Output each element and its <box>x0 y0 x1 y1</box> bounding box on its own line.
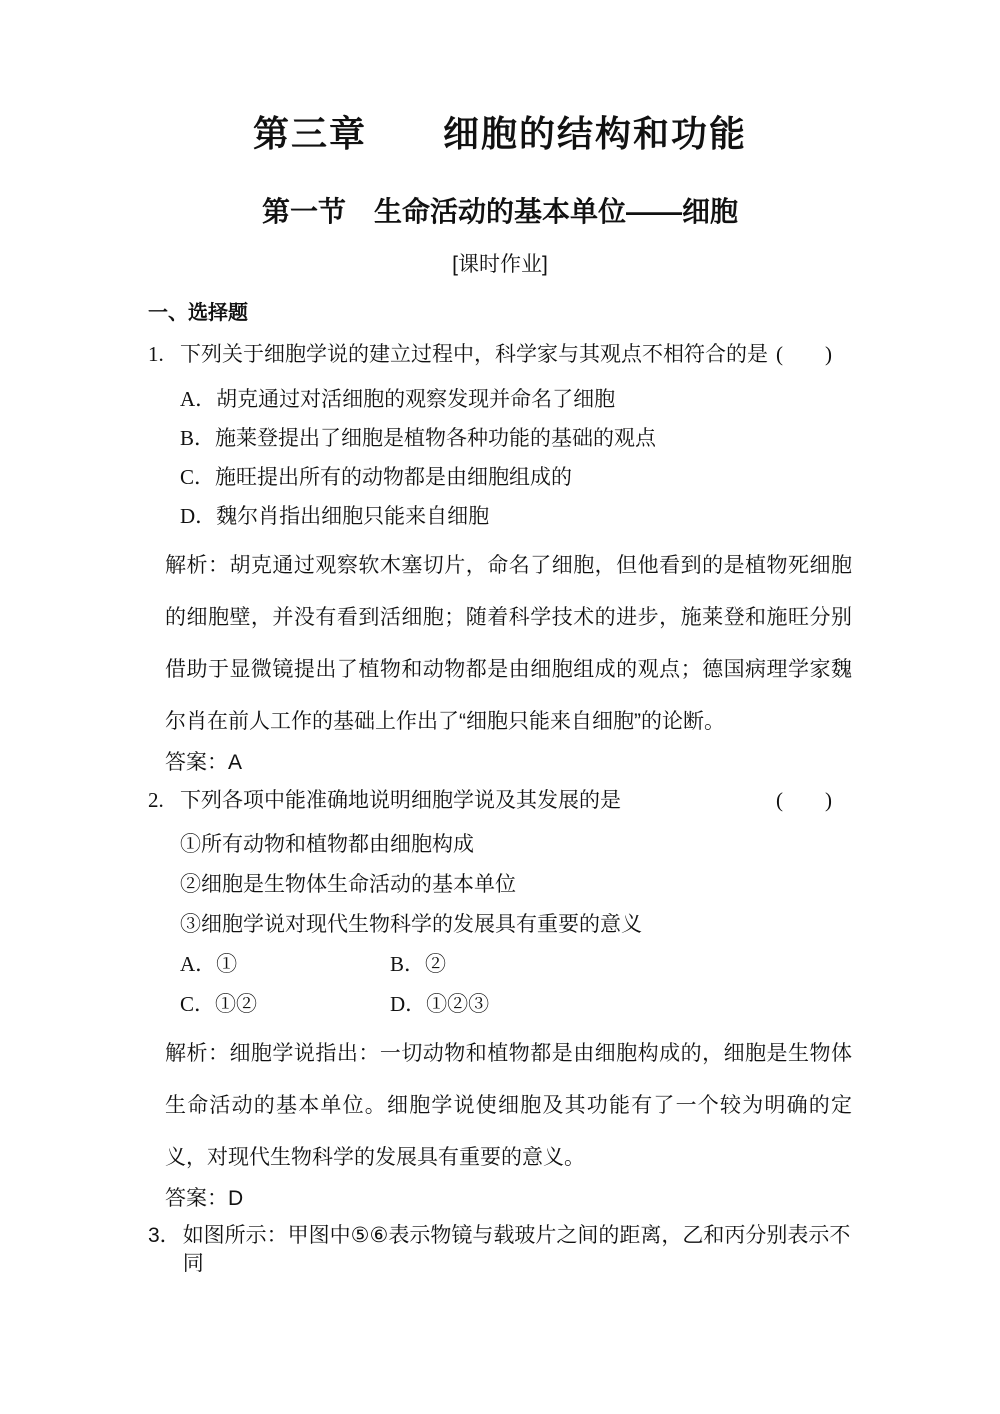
question-2: 2. 下列各项中能准确地说明细胞学说及其发展的是 ( ) ①所有动物和植物都由细… <box>148 786 852 1214</box>
question-2-option-c: C．①② <box>180 984 390 1024</box>
question-1-stem-line: 1. 下列关于细胞学说的建立过程中，科学家与其观点不相符合的是 ( ) <box>148 340 852 368</box>
question-2-option-a: A．① <box>180 944 390 984</box>
question-2-statement-1: ①所有动物和植物都由细胞构成 <box>180 824 852 864</box>
question-3-stem-line: 3． 如图所示：甲图中⑤⑥表示物镜与载玻片之间的距离，乙和丙分别表示不同 <box>148 1222 852 1278</box>
question-1-number: 1. <box>148 340 180 368</box>
question-2-analysis: 解析：细胞学说指出：一切动物和植物都是由细胞构成的，细胞是生物体生命活动的基本单… <box>165 1028 852 1184</box>
question-2-statement-list: ①所有动物和植物都由细胞构成 ②细胞是生物体生命活动的基本单位 ③细胞学说对现代… <box>180 824 852 944</box>
question-2-statement-3: ③细胞学说对现代生物科学的发展具有重要的意义 <box>180 904 852 944</box>
question-2-answer: 答案：D <box>165 1184 852 1214</box>
question-1-option-b: B．施莱登提出了细胞是植物各种功能的基础的观点 <box>180 419 852 458</box>
question-1-stem: 下列关于细胞学说的建立过程中，科学家与其观点不相符合的是 <box>180 340 768 368</box>
question-1-analysis: 解析：胡克通过观察软木塞切片，命名了细胞，但他看到的是植物死细胞的细胞壁，并没有… <box>165 540 852 748</box>
question-2-answer-bracket: ( ) <box>776 786 852 814</box>
question-2-statement-2: ②细胞是生物体生命活动的基本单位 <box>180 864 852 904</box>
question-2-options: A．① B．② C．①② D．①②③ <box>180 944 852 1024</box>
question-1-option-d: D．魏尔肖指出细胞只能来自细胞 <box>180 497 852 536</box>
question-2-number: 2. <box>148 786 180 814</box>
question-2-option-b: B．② <box>390 944 852 984</box>
question-1-option-c: C．施旺提出所有的动物都是由细胞组成的 <box>180 458 852 497</box>
homework-label: [课时作业] <box>148 252 852 278</box>
question-1: 1. 下列关于细胞学说的建立过程中，科学家与其观点不相符合的是 ( ) A．胡克… <box>148 340 852 778</box>
question-2-option-d: D．①②③ <box>390 984 852 1024</box>
question-3-stem: 如图所示：甲图中⑤⑥表示物镜与载玻片之间的距离，乙和丙分别表示不同 <box>183 1222 852 1278</box>
question-1-answer-bracket: ( ) <box>776 340 852 368</box>
question-2-stem: 下列各项中能准确地说明细胞学说及其发展的是 <box>180 786 621 814</box>
chapter-title: 第三章 细胞的结构和功能 <box>148 110 852 158</box>
question-1-option-a: A．胡克通过对活细胞的观察发现并命名了细胞 <box>180 380 852 419</box>
question-3: 3． 如图所示：甲图中⑤⑥表示物镜与载玻片之间的距离，乙和丙分别表示不同 <box>148 1222 852 1278</box>
question-1-options: A．胡克通过对活细胞的观察发现并命名了细胞 B．施莱登提出了细胞是植物各种功能的… <box>180 380 852 536</box>
question-1-answer: 答案：A <box>165 748 852 778</box>
worksheet-page: 第三章 细胞的结构和功能 第一节 生命活动的基本单位——细胞 [课时作业] 一、… <box>0 0 1000 1414</box>
question-3-number: 3． <box>148 1222 183 1250</box>
part-heading-choice-questions: 一、选择题 <box>148 300 852 326</box>
section-title: 第一节 生命活动的基本单位——细胞 <box>148 194 852 230</box>
question-2-stem-line: 2. 下列各项中能准确地说明细胞学说及其发展的是 ( ) <box>148 786 852 814</box>
